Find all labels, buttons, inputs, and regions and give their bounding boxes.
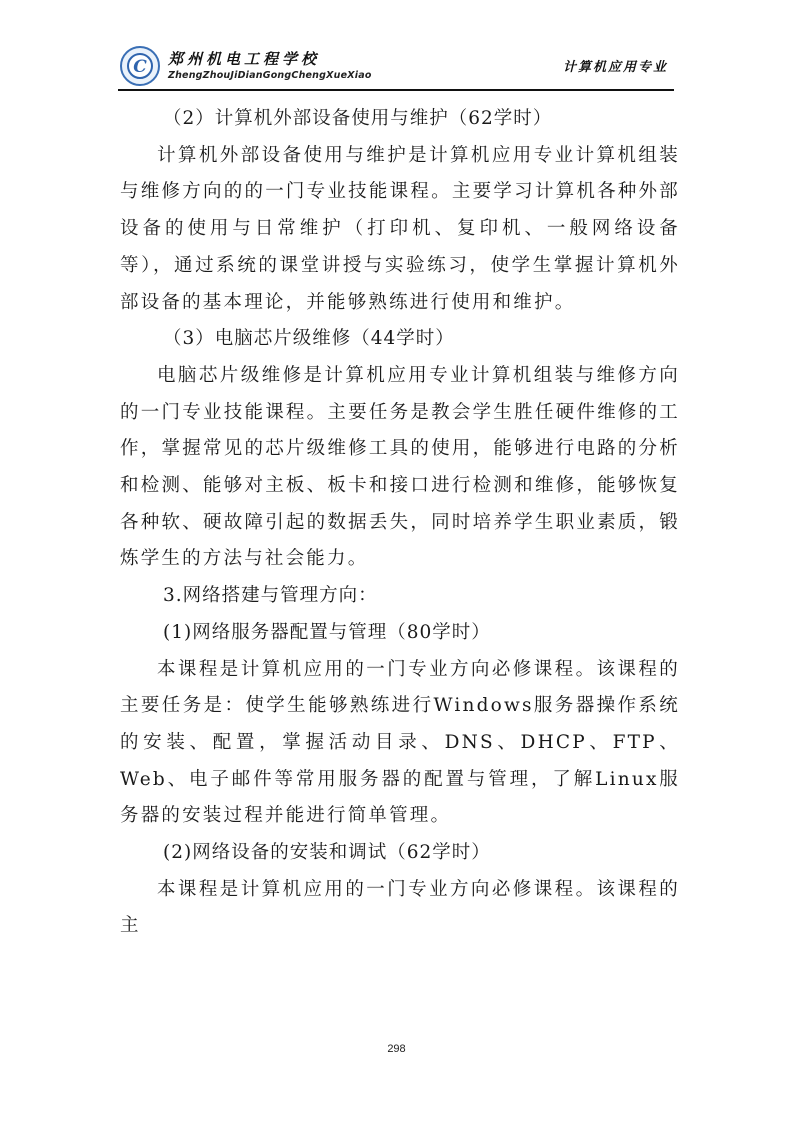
school-logo-icon: C <box>120 46 160 86</box>
paragraph-network-devices: 本课程是计算机应用的一门专业方向必修课程。该课程的主 <box>120 872 680 945</box>
section-heading-chip-repair: （3）电脑芯片级维修（44学时） <box>120 321 680 358</box>
paragraph-peripheral: 计算机外部设备使用与维护是计算机应用专业计算机组装与维修方向的的一门专业技能课程… <box>120 138 680 322</box>
paragraph-server-config: 本课程是计算机应用的一门专业方向必修课程。该课程的主要任务是：使学生能够熟练进行… <box>120 652 680 836</box>
section-heading-server-config: (1)网络服务器配置与管理（80学时） <box>120 615 680 652</box>
school-name-en: ZhengZhouJiDianGongChengXueXiao <box>168 70 372 81</box>
section-heading-peripheral: （2）计算机外部设备使用与维护（62学时） <box>120 101 680 138</box>
logo-glyph: C <box>122 57 158 77</box>
major-title: 计算机应用专业 <box>563 56 668 75</box>
paragraph-chip-repair: 电脑芯片级维修是计算机应用专业计算机组装与维修方向的一门专业技能课程。主要任务是… <box>120 358 680 578</box>
page-content: （2）计算机外部设备使用与维护（62学时） 计算机外部设备使用与维护是计算机应用… <box>120 101 680 945</box>
section-heading-network-devices: (2)网络设备的安装和调试（62学时） <box>120 835 680 872</box>
header-divider <box>118 89 674 91</box>
school-name-cn: 郑州机电工程学校 <box>168 48 320 69</box>
section-heading-network-direction: 3.网络搭建与管理方向： <box>120 578 680 615</box>
page-number: 298 <box>0 1043 793 1055</box>
